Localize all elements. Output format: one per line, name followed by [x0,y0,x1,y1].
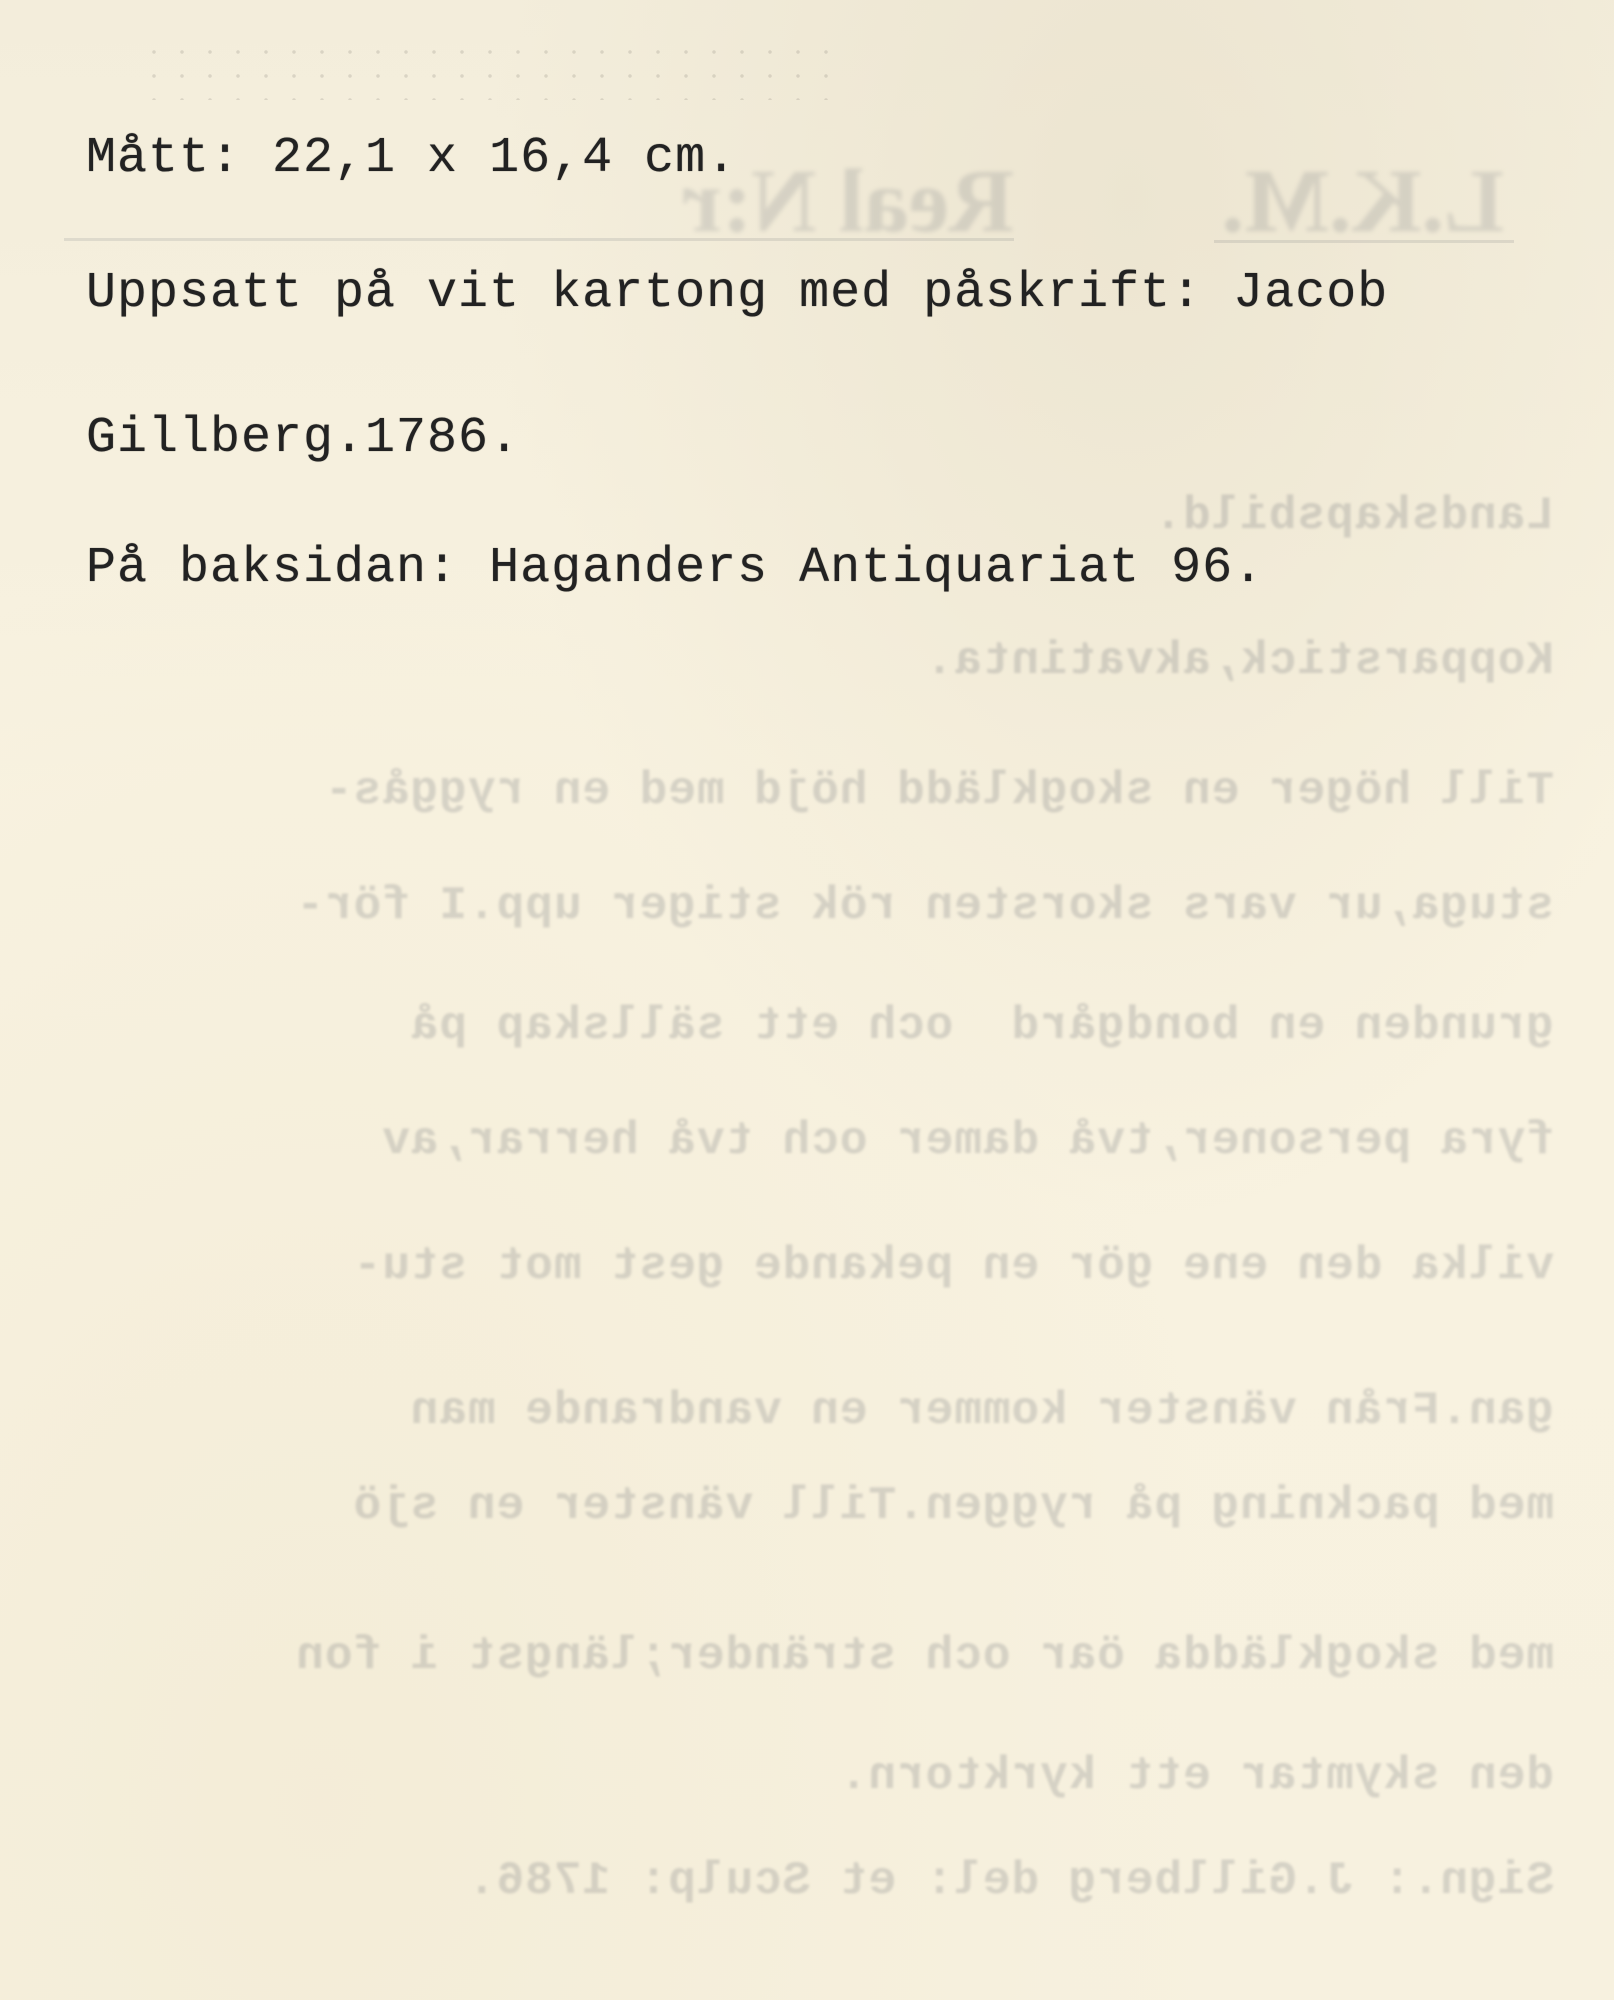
stamp-rule [1214,240,1514,243]
reverse-line: den skymtar ett kyrktorn. [839,1750,1554,1802]
reverse-line: vilka den ene gör en pekande gest mot st… [353,1240,1554,1292]
reverse-line: Landskapsbild. [1154,490,1554,542]
reverse-line: gan.Från vänster kommer en vandrande man [410,1385,1554,1437]
stamp-rule [64,238,1014,241]
stamp-lkm: L.K.M. [1222,150,1504,253]
reverse-line: Kopparstick,akvatinta. [925,635,1554,687]
mounting-line: Uppsatt på vit kartong med påskrift: Jac… [86,265,1388,322]
reverse-line: grunden en bondgård och ett sällskap på [410,1000,1554,1052]
reverse-line: fyra personer,två damer och två herrar,a… [381,1115,1554,1167]
reverse-note-line: På baksidan: Haganders Antiquariat 96. [86,540,1264,597]
reverse-line: Till höger en skogklädd höjd med en rygg… [324,765,1554,817]
reverse-line: stuga,ur vars skorsten rök stiger upp.I … [295,880,1554,932]
reverse-line: med packning på ryggen.Till vänster en s… [353,1480,1554,1532]
reverse-line: Sign.: J.Gillberg del: et Sculp: 1786. [467,1855,1554,1907]
reverse-line: med skogklädda öar och stränder;längst i… [295,1630,1554,1682]
inscription-line: Gillberg.1786. [86,410,520,467]
measurement-line: Mått: 22,1 x 16,4 cm. [86,130,737,187]
